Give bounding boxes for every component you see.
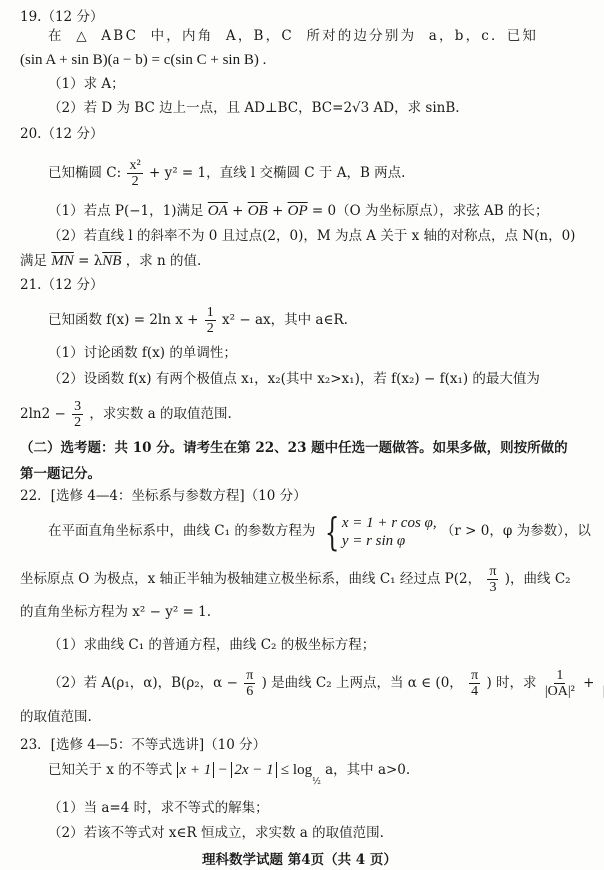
page-footer: 理科数学试题 第4页（共 4 页）	[202, 851, 397, 869]
fraction-numerator: x²	[127, 158, 142, 174]
fraction-numerator: 3	[72, 399, 83, 415]
q22-part2: （2）若 A(ρ₁，α)，B(ρ₂，α − π 6 ) 是曲线 C₂ 上两点，当…	[48, 664, 604, 702]
q23-part1: （1）当 a=4 时，求不等式的解集；	[48, 799, 269, 817]
q23-stem: 已知关于 x 的不等式 x + 1 − 2x − 1 ≤ log½ a，其中 a…	[48, 761, 410, 785]
fraction-denominator: 3	[487, 580, 498, 595]
q20-stem-suffix: + y² = 1，直线 l 交椭圆 C 于 A，B 两点.	[149, 165, 405, 181]
q23-header: 23．[选修 4—5：不等式选讲]（10 分）	[20, 736, 266, 754]
q20-part1-suffix: = 0（O 为坐标原点），求弦 AB 的长；	[312, 203, 549, 219]
vector-oa: OA	[208, 203, 228, 219]
fraction-numerator: 1	[205, 305, 216, 321]
fraction-denominator: 2	[130, 174, 141, 189]
left-brace-icon: {	[324, 513, 339, 551]
fraction-denominator: 2	[205, 321, 216, 336]
fraction-numerator: π	[487, 564, 498, 580]
q21-part2-cont-prefix: 2ln2 −	[20, 406, 66, 422]
log-base: ½	[312, 777, 321, 787]
q21-header: 21.（12 分）	[20, 276, 103, 294]
q21-part1: （1）讨论函数 f(x) 的单调性；	[48, 344, 237, 362]
fraction-denominator: 2	[72, 415, 83, 430]
q21-part2: （2）设函数 f(x) 有两个极值点 x₁，x₂(其中 x₂>x₁)，若 f(x…	[48, 370, 540, 388]
q22-pi-sixth-fraction: π 6	[244, 668, 255, 699]
q23-stem-suffix: a，其中 a>0.	[325, 762, 410, 778]
q20-stem-prefix: 已知椭圆 C:	[48, 165, 121, 181]
q22-line2-suffix: )，曲线 C₂	[505, 571, 571, 587]
leq-log: ≤ log	[281, 762, 312, 778]
q22-pi-third-fraction: π 3	[487, 564, 498, 595]
q23-part2: （2）若该不等式对 x∈R 恒成立，求实数 a 的取值范围.	[48, 824, 384, 842]
fraction-denominator: 6	[244, 684, 255, 699]
abs-x-plus-1: x + 1	[177, 762, 215, 778]
q19-header: 19.（12 分）	[20, 8, 103, 26]
q22-stem-suffix: （r > 0，φ 为参数），以	[441, 523, 591, 539]
q19-part1: （1）求 A；	[48, 75, 125, 93]
plus-sign: +	[583, 675, 594, 691]
q22-part2-b: ) 是曲线 C₂ 上两点，当 α ∈ (0，	[262, 675, 463, 691]
section2-instructions-cont: 第一题记分。	[20, 465, 101, 483]
q22-parametric-system: { x = 1 + r cos φ, y = r sin φ	[320, 513, 437, 551]
q22-pi-quarter-fraction: π 4	[469, 668, 480, 699]
q20-header: 20.（12 分）	[20, 125, 103, 143]
q22-line2: 坐标原点 O 为极点，x 轴正半轴为极轴建立极坐标系，曲线 C₁ 经过点 P(2…	[20, 562, 571, 596]
q21-stem-prefix: 已知函数 f(x) = 2ln x +	[48, 312, 198, 328]
q22-stem: 在平面直角坐标系中，曲线 C₁ 的参数方程为 { x = 1 + r cos φ…	[48, 512, 591, 551]
q19-stem-equation: (sin A + sin B)(a − b) = c(sin C + sin B…	[20, 51, 266, 69]
q22-part2-a: （2）若 A(ρ₁，α)，B(ρ₂，α −	[48, 675, 238, 691]
q20-ellipse-fraction: x² 2	[127, 158, 142, 189]
q20-part2: （2）若直线 l 的斜率不为 0 且过点(2，0)，M 为点 A 关于 x 轴的…	[48, 227, 575, 245]
q22-part2-cont: 的取值范围.	[20, 708, 92, 726]
q22-inv-oa-sq-fraction: 1 |OA|²	[543, 668, 577, 699]
minus-sign: −	[219, 762, 227, 778]
q21-part2-cont: 2ln2 − 3 2 ，求实数 a 的取值范围.	[20, 397, 232, 431]
q20-part2-cont: 满足 MN = λNB ，求 n 的值.	[20, 252, 201, 270]
q22-part2-c: ) 时，求	[486, 675, 536, 691]
q21-part2-cont-suffix: ，求实数 a 的取值范围.	[89, 406, 231, 422]
q22-stem-prefix: 在平面直角坐标系中，曲线 C₁ 的参数方程为	[48, 523, 315, 539]
fraction-numerator: π	[469, 668, 480, 684]
q21-stem-suffix: x² − ax，其中 a∈R.	[222, 312, 348, 328]
fraction-denominator: |OA|²	[543, 684, 577, 699]
vector-ob: OB	[248, 203, 268, 219]
q21-three-halves-fraction: 3 2	[72, 399, 83, 430]
vector-op: OP	[288, 203, 308, 219]
q21-half-fraction: 1 2	[205, 305, 216, 336]
q20-part2-cont-suffix: ，求 n 的值.	[126, 253, 202, 269]
q20-part1-prefix: （1）若点 P(−1，1)满足	[48, 203, 204, 219]
q23-stem-prefix: 已知关于 x 的不等式	[48, 762, 172, 778]
fraction-numerator: π	[244, 668, 255, 684]
fraction-numerator: 1	[554, 668, 565, 684]
q22-line2-prefix: 坐标原点 O 为极点，x 轴正半轴为极轴建立极坐标系，曲线 C₁ 经过点 P(2…	[20, 571, 481, 587]
fraction-denominator: 4	[469, 684, 480, 699]
param-eq-x: x = 1 + r cos φ,	[342, 514, 437, 532]
abs-2x-minus-1: 2x − 1	[231, 762, 276, 778]
q22-line3: 的直角坐标方程为 x² − y² = 1.	[20, 603, 211, 621]
q19-stem-line1: 在 △ ABC 中，内角 A，B，C 所对的边分别为 a，b，c．已知	[48, 27, 538, 45]
section2-instructions: （二）选考题：共 10 分。请考生在第 22、23 题中任选一题做答。如果多做，…	[20, 439, 568, 457]
q22-header: 22．[选修 4—4：坐标系与参数方程]（10 分）	[20, 487, 307, 505]
q22-part1: （1）求曲线 C₁ 的普通方程，曲线 C₂ 的极坐标方程；	[48, 636, 375, 654]
q19-part2: （2）若 D 为 BC 边上一点，且 AD⊥BC，BC=2√3 AD，求 sin…	[48, 99, 460, 117]
vector-mn: MN	[51, 253, 74, 269]
q20-part2-cont-prefix: 满足	[20, 253, 47, 269]
q20-stem: 已知椭圆 C: x² 2 + y² = 1，直线 l 交椭圆 C 于 A，B 两…	[48, 156, 405, 190]
q21-stem: 已知函数 f(x) = 2ln x + 1 2 x² − ax，其中 a∈R.	[48, 303, 348, 337]
vector-nb: NB	[102, 253, 121, 269]
q20-part1: （1）若点 P(−1，1)满足 OA + OB + OP = 0（O 为坐标原点…	[48, 202, 548, 220]
param-eq-y: y = r sin φ	[342, 532, 437, 550]
